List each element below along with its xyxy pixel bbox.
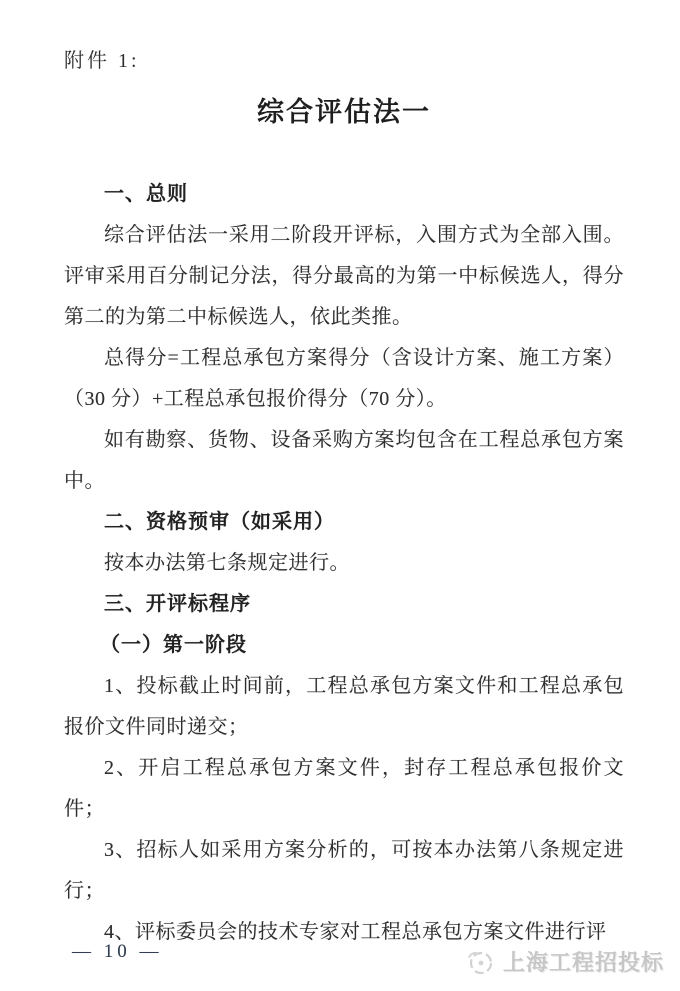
paragraph: 按本办法第七条规定进行。 [64, 543, 624, 584]
watermark-logo-icon [465, 947, 495, 977]
watermark: 上海工程招投标 [465, 946, 664, 977]
list-paragraph: 2、开启工程总承包方案文件，封存工程总承包报价文件； [64, 748, 624, 830]
list-paragraph: 3、招标人如采用方案分析的，可按本办法第八条规定进行； [64, 830, 624, 912]
sub-heading: （一）第一阶段 [64, 625, 624, 666]
section-heading: 三、开评标程序 [64, 584, 624, 625]
document-page: 附件 1: 综合评估法一 一、总则 综合评估法一采用二阶段开评标，入围方式为全部… [0, 0, 680, 991]
page-number: — 10 — [72, 941, 163, 963]
section-heading: 二、资格预审（如采用） [64, 502, 624, 543]
document-title: 综合评估法一 [64, 94, 624, 130]
list-paragraph: 1、投标截止时间前，工程总承包方案文件和工程总承包报价文件同时递交； [64, 666, 624, 748]
paragraph: 总得分=工程总承包方案得分（含设计方案、施工方案）（30 分）+工程总承包报价得… [64, 338, 624, 420]
document-body: 一、总则 综合评估法一采用二阶段开评标，入围方式为全部入围。评审采用百分制记分法… [64, 174, 624, 953]
attachment-label: 附件 1: [64, 46, 624, 76]
watermark-label: 上海工程招投标 [503, 946, 664, 977]
section-heading: 一、总则 [64, 174, 624, 215]
document-content: 附件 1: 综合评估法一 一、总则 综合评估法一采用二阶段开评标，入围方式为全部… [0, 0, 680, 953]
paragraph: 如有勘察、货物、设备采购方案均包含在工程总承包方案中。 [64, 420, 624, 502]
paragraph: 综合评估法一采用二阶段开评标，入围方式为全部入围。评审采用百分制记分法，得分最高… [64, 215, 624, 338]
